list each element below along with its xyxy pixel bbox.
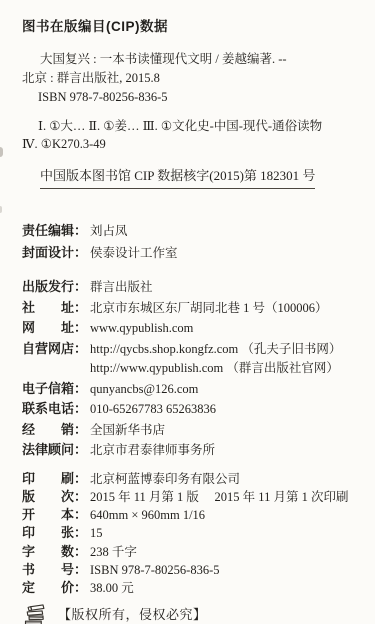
scan-artifact	[0, 147, 3, 157]
info-row-online-store: 自营网店： http://qycbs.shop.kongfz.com （孔夫子旧…	[22, 339, 359, 360]
info-row-sheets: 印 张： 15	[22, 524, 359, 542]
field-label: 书 号：	[22, 561, 90, 579]
field-label: 经 销：	[22, 420, 90, 440]
field-label: 封面设计：	[22, 242, 90, 264]
cip-classification-line: Ⅳ. ①K270.3-49	[22, 135, 359, 153]
info-row-format: 开 本： 640mm × 960mm 1/16	[22, 506, 359, 524]
field-value: 38.00 元	[90, 579, 134, 597]
field-label: 法律顾问：	[22, 440, 90, 460]
info-row-word-count: 字 数： 238 千字	[22, 543, 359, 561]
field-label: 责任编辑：	[22, 220, 90, 242]
printing-section: 印 刷： 北京柯蓝博泰印务有限公司 版 次： 2015 年 11 月第 1 版 …	[22, 470, 359, 598]
field-value: 刘占凤	[90, 220, 128, 242]
field-value: 侯泰设计工作室	[90, 242, 178, 264]
cip-record-line: ISBN 978-7-80256-836-5	[22, 88, 359, 107]
field-label: 自营网店：	[22, 339, 90, 359]
info-row-phone: 联系电话： 010-65267783 65263836	[22, 399, 359, 420]
field-label: 定 价：	[22, 579, 90, 597]
field-label: 网 址：	[22, 318, 90, 338]
info-row-distribution: 经 销： 全国新华书店	[22, 420, 359, 441]
field-label: 电子信箱：	[22, 379, 90, 399]
cip-registry-note: 中国版本图书馆 CIP 数据核字(2015)第 182301 号	[40, 166, 359, 189]
info-row-editor: 责任编辑： 刘占凤	[22, 220, 359, 242]
field-label: 版 次：	[22, 488, 90, 506]
info-row-price: 定 价： 38.00 元	[22, 579, 359, 597]
staff-section: 责任编辑： 刘占凤 封面设计： 侯泰设计工作室	[22, 220, 359, 264]
field-value: http://www.qypublish.com （群言出版社官网）	[90, 359, 339, 379]
field-label: 印 张：	[22, 524, 90, 542]
field-label: 社 址：	[22, 298, 90, 318]
info-row-edition: 版 次： 2015 年 11 月第 1 版 2015 年 11 月第 1 次印刷	[22, 488, 359, 506]
field-value: qunyancbs@126.com	[90, 380, 198, 400]
scan-artifact	[0, 206, 2, 213]
field-value: 群言出版社	[90, 278, 153, 298]
info-row-cover-design: 封面设计： 侯泰设计工作室	[22, 242, 359, 264]
field-value: 北京市君泰律师事务所	[90, 441, 215, 461]
field-value: 010-65267783 65263836	[90, 400, 216, 420]
field-value: 238 千字	[90, 543, 137, 561]
field-value: 15	[90, 524, 103, 542]
info-row-online-store-cont: http://www.qypublish.com （群言出版社官网）	[22, 359, 359, 379]
field-label: 出版发行：	[22, 277, 90, 297]
field-value: ISBN 978-7-80256-836-5	[90, 561, 220, 579]
info-row-legal-counsel: 法律顾问： 北京市君泰律师事务所	[22, 440, 359, 461]
field-value: www.qypublish.com	[90, 319, 193, 339]
info-row-publisher: 出版发行： 群言出版社	[22, 277, 359, 298]
copyright-footer: 【版权所有，侵权必究】	[22, 603, 359, 624]
field-value: 全国新华书店	[90, 421, 165, 441]
copyright-notice: 【版权所有，侵权必究】	[58, 605, 207, 624]
info-row-email: 电子信箱： qunyancbs@126.com	[22, 379, 359, 400]
copyright-page: 图书在版编目(CIP)数据 大国复兴 : 一本书读懂现代文明 / 姜越编著. -…	[0, 0, 375, 624]
field-value: 640mm × 960mm 1/16	[90, 506, 205, 524]
field-label: 字 数：	[22, 543, 90, 561]
field-label: 联系电话：	[22, 399, 90, 419]
info-row-website: 网 址： www.qypublish.com	[22, 318, 359, 339]
cip-heading: 图书在版编目(CIP)数据	[22, 18, 359, 36]
cip-classification-line: Ⅰ. ①大… Ⅱ. ①姜… Ⅲ. ①文化史-中国-现代-通俗读物	[22, 117, 359, 135]
cip-record-block: 大国复兴 : 一本书读懂现代文明 / 姜越编著. -- 北京 : 群言出版社, …	[22, 50, 359, 107]
info-row-address: 社 址： 北京市东城区东厂胡同北巷 1 号（100006）	[22, 298, 359, 319]
field-value: 北京市东城区东厂胡同北巷 1 号（100006）	[90, 299, 328, 319]
field-label: 开 本：	[22, 506, 90, 524]
cip-classification-block: Ⅰ. ①大… Ⅱ. ①姜… Ⅲ. ①文化史-中国-现代-通俗读物 Ⅳ. ①K27…	[22, 117, 359, 153]
field-label: 印 刷：	[22, 470, 90, 488]
publisher-section: 出版发行： 群言出版社 社 址： 北京市东城区东厂胡同北巷 1 号（100006…	[22, 277, 359, 461]
info-row-isbn: 书 号： ISBN 978-7-80256-836-5	[22, 561, 359, 579]
cip-record-line: 北京 : 群言出版社, 2015.8	[22, 69, 359, 88]
cip-record-line: 大国复兴 : 一本书读懂现代文明 / 姜越编著. --	[22, 50, 359, 69]
books-stack-icon	[22, 603, 50, 624]
field-value: http://qycbs.shop.kongfz.com （孔夫子旧书网）	[90, 340, 341, 360]
info-row-printer: 印 刷： 北京柯蓝博泰印务有限公司	[22, 470, 359, 488]
field-value: 2015 年 11 月第 1 版 2015 年 11 月第 1 次印刷	[90, 488, 348, 506]
field-value: 北京柯蓝博泰印务有限公司	[90, 470, 240, 488]
